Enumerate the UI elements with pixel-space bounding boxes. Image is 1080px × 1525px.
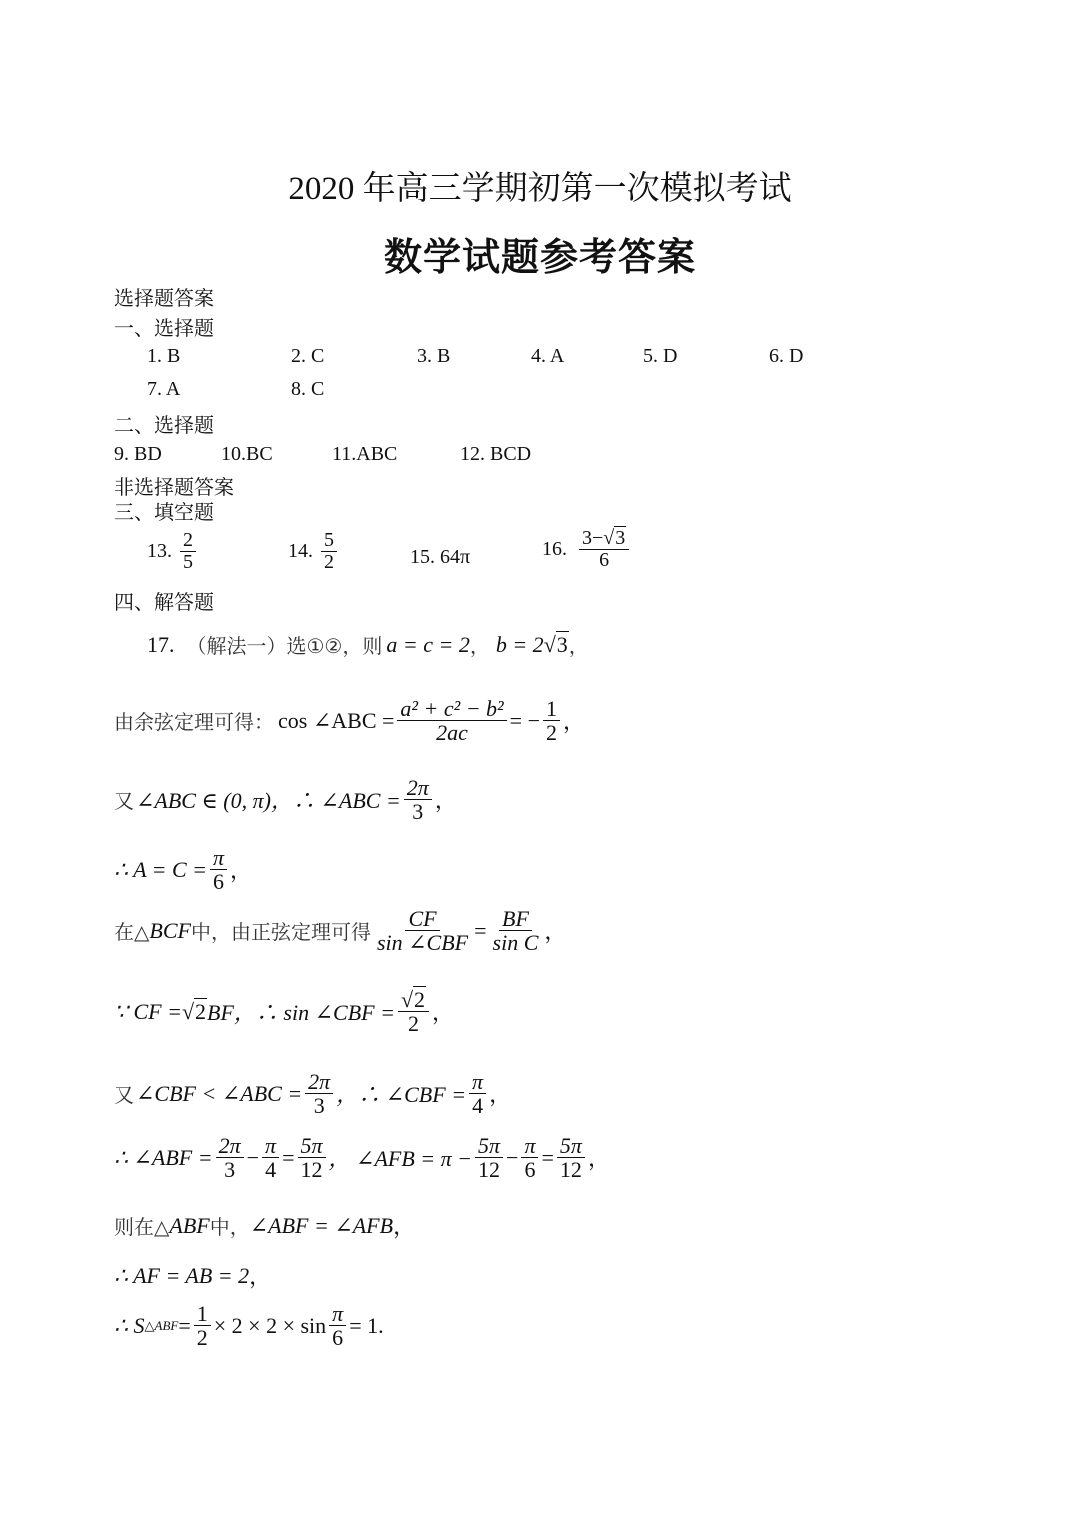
separator: ， (393, 1210, 415, 1241)
equation: ∴ AF = AB = 2 (114, 1263, 249, 1289)
solution-line-6: 又 ∠CBF < ∠ABC = 2π3 ，∴ ∠CBF = π4 ， (114, 1070, 511, 1117)
fraction-numerator: 5 (321, 530, 337, 552)
equation: = 1. (349, 1313, 383, 1339)
separator: ， (435, 784, 457, 815)
separator: ， (470, 630, 490, 659)
solution-line-9: ∴ AF = AB = 2 ， (114, 1260, 271, 1291)
answer-8: 8. C (291, 378, 324, 401)
answer-5: 5. D (643, 345, 677, 368)
sqrt-symbol: √3 (603, 528, 626, 549)
fraction-denominator: 3 (409, 800, 426, 823)
fraction-denominator: 2 (405, 1012, 422, 1035)
fraction-numerator: 2 (180, 530, 196, 552)
fraction-denominator: 5 (180, 552, 196, 573)
equation: = (474, 918, 486, 944)
solution-line-3: ∴ A = C = π6 ， (114, 846, 252, 893)
answer-11: 11.ABC (332, 443, 397, 466)
operator: − (247, 1145, 259, 1171)
choice-answers-heading: 选择题答案 (114, 282, 214, 311)
answer-13-num: 13. (147, 540, 172, 563)
fraction-numerator: 2π (404, 776, 432, 800)
answer-15-num: 15. (410, 546, 435, 568)
solution-line-1: 由余弦定理可得： cos ∠ABC = a² + c² − b²2ac = − … (114, 697, 585, 744)
fraction-denominator: 4 (469, 1094, 486, 1117)
part3-heading: 三、填空题 (114, 496, 214, 525)
answer-7: 7. A (147, 378, 180, 401)
solution-line-10: ∴ S △ABF = 12 × 2 × 2 × sin π6 = 1. (114, 1302, 384, 1349)
answer-1: 1. B (147, 345, 180, 368)
fraction-denominator: 12 (475, 1158, 503, 1181)
fraction-numerator: π (210, 846, 227, 870)
separator: ， (489, 1078, 511, 1109)
sqrt-symbol: √3 (544, 632, 569, 658)
document-subtitle: 数学试题参考答案 (0, 226, 1080, 281)
text: 则在△ (114, 1211, 169, 1240)
operator: = (282, 1145, 294, 1171)
answer-15: 15. 64π (410, 546, 470, 569)
fraction-numerator: π (329, 1302, 346, 1326)
subscript: △ABF (145, 1318, 179, 1334)
radicand: 2 (413, 986, 426, 1012)
equation: ∠ABF = ∠AFB (250, 1213, 393, 1239)
fraction-numerator: 1 (543, 697, 560, 721)
answer-10: 10.BC (221, 443, 273, 466)
fraction-denominator: 4 (262, 1158, 279, 1181)
answer-14-num: 14. (288, 540, 313, 563)
separator: ， (249, 1260, 271, 1291)
separator: ， (569, 630, 589, 659)
sqrt-symbol: √2 (182, 999, 207, 1025)
equation: ， ∠AFB = π − (329, 1142, 472, 1173)
text: 在△ (114, 916, 149, 945)
sqrt-symbol: √2 (401, 988, 426, 1011)
part4-heading: 四、解答题 (114, 586, 214, 615)
text: 由余弦定理可得： (114, 706, 274, 735)
text: 又 (114, 785, 134, 814)
operator: = (178, 1313, 190, 1339)
equation: b = 2 (496, 632, 544, 658)
equation: ∴ A = C = (114, 857, 207, 883)
equation: cos ∠ABC = (278, 708, 394, 734)
solution-line-2: 又 ∠ABC ∈ (0, π)，∴ ∠ABC = 2π3 ， (114, 776, 457, 823)
solution-line-4: 在△ BCF 中，由正弦定理可得 CFsin ∠CBF = BFsin C ， (114, 907, 566, 954)
text: 又 (114, 1079, 134, 1108)
separator: ， (588, 1142, 610, 1173)
solution-line-8: 则在△ ABF 中， ∠ABF = ∠AFB ， (114, 1210, 415, 1241)
fraction-denominator: 6 (596, 550, 612, 571)
text: 中， (210, 1211, 250, 1240)
fraction-numerator: π (521, 1134, 538, 1158)
solution-line-5: ∵ CF = √2 BF，∴ sin ∠CBF = √22 ， (114, 988, 454, 1035)
radicand: 3 (614, 526, 626, 549)
fraction-denominator: 12 (557, 1158, 585, 1181)
part2-heading: 二、选择题 (114, 409, 214, 438)
method-text: （解法一）选①②，则 (187, 630, 383, 659)
answer-16: 16. 3−√36 (542, 528, 632, 571)
fraction-numerator: 2π (216, 1134, 244, 1158)
radicand: 3 (556, 631, 569, 657)
separator: ， (230, 854, 252, 885)
fraction-denominator: 2ac (433, 721, 471, 744)
fraction-numerator: 5π (557, 1134, 585, 1158)
fraction-numerator: π (469, 1070, 486, 1094)
fraction-numerator: 3− (582, 527, 603, 549)
fraction-denominator: 3 (311, 1094, 328, 1117)
answer-16-num: 16. (542, 538, 567, 561)
answer-9: 9. BD (114, 443, 162, 466)
equation: ∵ CF = (114, 999, 182, 1025)
equation: ∴ ∠ABF = (114, 1145, 213, 1171)
answer-3: 3. B (417, 345, 450, 368)
equation: BF，∴ sin ∠CBF = (207, 996, 395, 1027)
fraction-numerator: BF (499, 907, 532, 931)
answer-14: 14. 52 (288, 530, 340, 573)
answer-12: 12. BCD (460, 443, 531, 466)
fraction-denominator: sin ∠CBF (374, 931, 471, 954)
q17-intro: 17. （解法一）选①②，则 a = c = 2 ， b = 2 √3 ， (147, 630, 589, 659)
answer-15-value: 64π (440, 546, 470, 568)
fraction-denominator: 2 (194, 1326, 211, 1349)
text: 中，由正弦定理可得 (191, 916, 371, 945)
solution-line-7: ∴ ∠ABF = 2π3 − π4 = 5π12 ， ∠AFB = π − 5π… (114, 1134, 610, 1181)
question-number: 17. (147, 632, 175, 658)
separator: ， (432, 996, 454, 1027)
fraction-numerator: π (262, 1134, 279, 1158)
triangle-name: ABF (169, 1213, 209, 1239)
fraction-denominator: 2 (321, 552, 337, 573)
equation: ∠CBF < ∠ABC = (136, 1081, 302, 1107)
radicand: 2 (194, 998, 207, 1024)
answer-4: 4. A (531, 345, 564, 368)
equation: ∠ABC ∈ (0, π)，∴ ∠ABC = (136, 784, 401, 815)
fraction-denominator: sin C (490, 931, 542, 954)
fraction-numerator: 2π (305, 1070, 333, 1094)
separator: ， (544, 915, 566, 946)
fraction-denominator: 6 (329, 1326, 346, 1349)
triangle-name: BCF (149, 918, 191, 944)
answer-2: 2. C (291, 345, 324, 368)
equation: = − (510, 708, 540, 734)
equation: ，∴ ∠CBF = (336, 1078, 466, 1109)
equation: × 2 × 2 × sin (214, 1313, 326, 1339)
document-title: 2020 年高三学期初第一次模拟考试 (0, 162, 1080, 209)
operator: − (506, 1145, 518, 1171)
fraction-numerator: CF (405, 907, 439, 931)
operator: = (541, 1145, 553, 1171)
fraction-denominator: 6 (210, 870, 227, 893)
separator: ， (563, 705, 585, 736)
equation: a = c = 2 (386, 632, 469, 658)
fraction-denominator: 12 (298, 1158, 326, 1181)
fraction-denominator: 3 (221, 1158, 238, 1181)
fraction-denominator: 2 (543, 721, 560, 744)
fraction-denominator: 6 (521, 1158, 538, 1181)
fraction-numerator: a² + c² − b² (397, 697, 506, 721)
fraction-numerator: 1 (194, 1302, 211, 1326)
fraction-numerator: 5π (475, 1134, 503, 1158)
answer-6: 6. D (769, 345, 803, 368)
part1-heading: 一、选择题 (114, 312, 214, 341)
fraction-numerator: 5π (298, 1134, 326, 1158)
answer-13: 13. 25 (147, 530, 199, 573)
equation: ∴ S (114, 1313, 145, 1339)
